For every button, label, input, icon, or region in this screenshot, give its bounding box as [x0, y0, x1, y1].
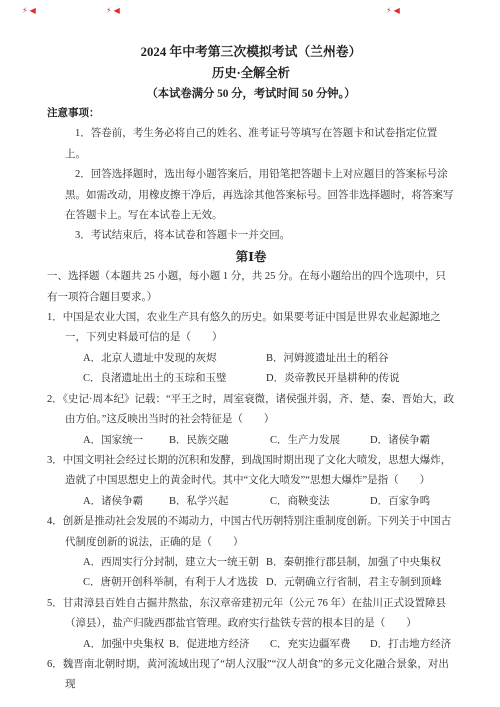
section-intro: 一、选择题（本题共 25 小题，每小题 1 分，共 25 分。在每小题给出的四个…	[47, 267, 455, 308]
red-stamp-icon: ⚡◀	[386, 6, 402, 16]
question-stem: 魏晋南北朝时期，黄河流域出现了“胡人汉服”“汉人胡食”的多元文化融合景象，对出现	[63, 659, 449, 690]
question-number: 6．	[47, 659, 63, 670]
option-b: B．秦朝推行郡县制，加强了中央集权	[266, 553, 455, 573]
option-b: B．促进地方经济	[169, 635, 270, 655]
question-stem: 《史记·周本纪》记载：“平王之时，周室衰微，诸侯强并弱，齐、楚、秦、晋始大，政由…	[63, 394, 454, 425]
notice-item-3: 3．考试结束后，将本试卷和答题卡一并交回。	[65, 226, 455, 246]
option-a: A．西周实行分封制，建立大一统王朝	[83, 553, 266, 573]
red-stamp-icon: ⚡◀	[106, 6, 122, 16]
option-c: C．良渚遗址出土的玉琮和玉璧	[83, 369, 266, 389]
question-number: 3．	[47, 455, 63, 466]
question-6: 6．魏晋南北朝时期，黄河流域出现了“胡人汉服”“汉人胡食”的多元文化融合景象，对…	[65, 655, 455, 696]
option-a: A．诸侯争霸	[83, 492, 169, 512]
section-title: 第Ⅰ卷	[47, 247, 455, 267]
option-d: D．炎帝教民开垦耕种的传说	[266, 369, 455, 389]
red-stamp-icon: ⚡◀	[22, 6, 38, 16]
option-b: B．民族交融	[169, 431, 270, 451]
exam-info: （本试卷满分 50 分，考试时间 50 分钟。）	[47, 84, 455, 104]
question-1: 1．中国是农业大国，农业生产具有悠久的历史。如果要考证中国是世界农业起源地之一，…	[65, 308, 455, 390]
question-number: 2．	[47, 394, 63, 405]
question-4: 4．创新是推动社会发展的不竭动力，中国古代历朝特别注重制度创新。下列关于中国古代…	[65, 512, 455, 594]
question-5: 5．甘肃漳县百姓自古掘井熬盐，东汉章帝建初元年（公元 76 年）在盐川正式设置障…	[65, 594, 455, 655]
question-stem: 中国文明社会经过长期的沉积和发酵，到战国时期出现了文化大喷发，思想大爆炸，造就了…	[63, 455, 452, 486]
option-b: B．河姆渡遗址出土的稻谷	[266, 349, 455, 369]
notice-heading: 注意事项：	[47, 104, 455, 124]
notice-item-2: 2．回答选择题时，选出每小题答案后，用铅笔把答题卡上对应题目的答案标号涂黑。如需…	[65, 165, 455, 226]
option-a: A．国家统一	[83, 431, 169, 451]
option-b: B．私学兴起	[169, 492, 270, 512]
exam-title: 2024 年中考第三次模拟考试（兰州卷）	[47, 42, 455, 63]
option-c: C．充实边疆军费	[270, 635, 370, 655]
question-stem: 中国是农业大国，农业生产具有悠久的历史。如果要考证中国是世界农业起源地之一，下列…	[63, 312, 441, 343]
option-c: C．商鞅变法	[270, 492, 370, 512]
option-a: A．北京人遗址中发现的灰烬	[83, 349, 266, 369]
option-d: D．元朝确立行省制，君主专制到顶峰	[266, 573, 455, 593]
option-d: D．诸侯争霸	[370, 431, 455, 451]
question-stem: 甘肃漳县百姓自古掘井熬盐，东汉章帝建初元年（公元 76 年）在盐川正式设置障县（…	[63, 598, 446, 629]
question-number: 4．	[47, 516, 63, 527]
option-c: C．唐朝开创科举制，有利于人才选拔	[83, 573, 266, 593]
question-2: 2．《史记·周本纪》记载：“平王之时，周室衰微，诸侯强并弱，齐、楚、秦、晋始大，…	[65, 390, 455, 451]
question-3: 3．中国文明社会经过长期的沉积和发酵，到战国时期出现了文化大喷发，思想大爆炸，造…	[65, 451, 455, 512]
exam-paper-page: 2024 年中考第三次模拟考试（兰州卷） 历史·全解全析 （本试卷满分 50 分…	[47, 42, 455, 696]
question-number: 1．	[47, 312, 63, 323]
option-d: D．百家争鸣	[370, 492, 455, 512]
option-d: D．打击地方经济	[370, 635, 455, 655]
option-a: A．加强中央集权	[83, 635, 169, 655]
question-number: 5．	[47, 598, 63, 609]
option-c: C．生产力发展	[270, 431, 370, 451]
question-stem: 创新是推动社会发展的不竭动力，中国古代历朝特别注重制度创新。下列关于中国古代制度…	[63, 516, 452, 547]
exam-subtitle: 历史·全解全析	[47, 63, 455, 84]
notice-item-1: 1．答卷前，考生务必将自己的姓名、准考证号等填写在答题卡和试卷指定位置上。	[65, 124, 455, 165]
